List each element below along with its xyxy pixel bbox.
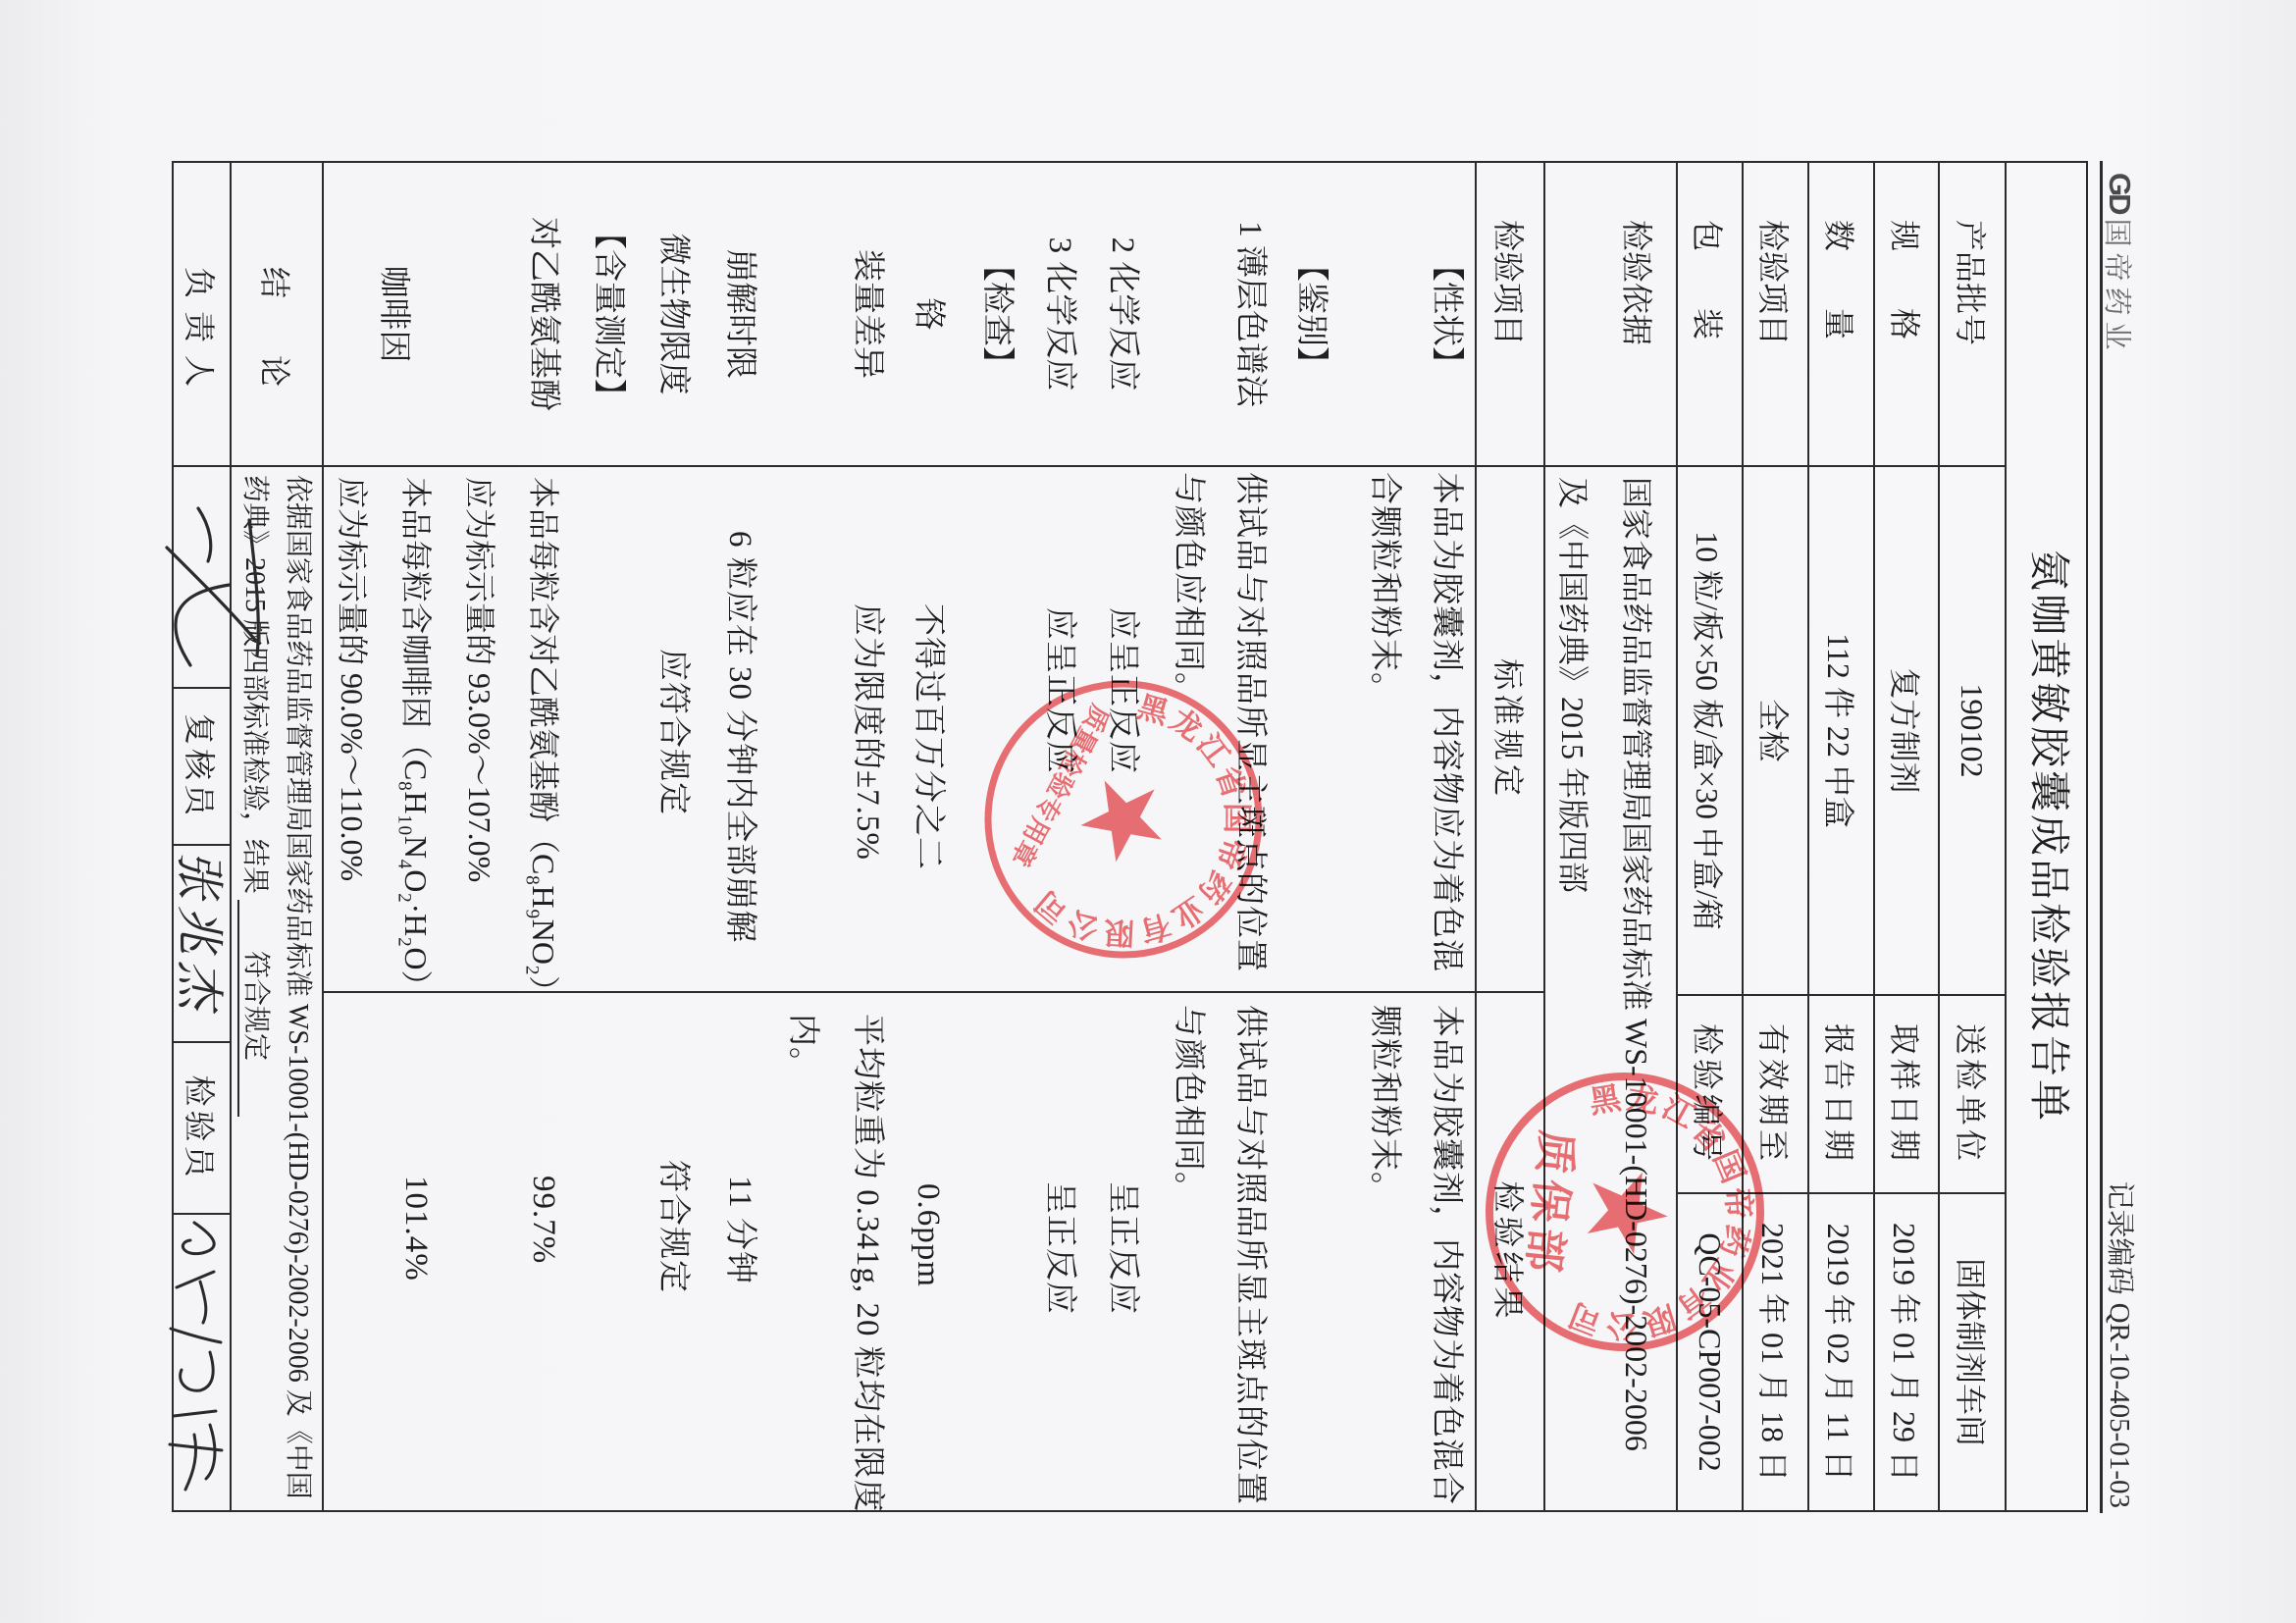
label-cell: 检验项目 bbox=[1744, 163, 1807, 465]
test-item: 咖啡因 bbox=[374, 163, 413, 465]
report-date-value: 2019 年 02 月 11 日 bbox=[1809, 1192, 1873, 1510]
company-name: 国帝药业 bbox=[2100, 219, 2140, 356]
test-item: 微生物限度 bbox=[653, 163, 693, 465]
record-code-value: QR-10-405-01-03 bbox=[2104, 1303, 2135, 1508]
report-title: 氨咖黄敏胶囊成品检验报告单 bbox=[2007, 163, 2086, 1510]
result-text: 本品为胶囊剂，内容物为着色混合 bbox=[1427, 1005, 1466, 1505]
standard-column: 本品为胶囊剂，内容物应为着色混 合颗粒和粉末。 供试品与对照品所显主斑点的位置 … bbox=[324, 465, 1475, 991]
record-code: 记录编码QR-10-405-01-03 bbox=[2103, 1040, 2136, 1508]
result-text: 平均粒重为 0.341g, 20 粒均在限度 bbox=[848, 1014, 887, 1513]
record-code-label: 记录编码 bbox=[2104, 1181, 2135, 1295]
standard-text: 本品每粒含咖啡因（C₈H₁₀N₄O₂·H₂O） bbox=[396, 477, 436, 1002]
result-text: 11 分钟 bbox=[720, 1176, 759, 1284]
report-date-label: 报告日期 bbox=[1809, 994, 1873, 1192]
test-item: 对乙酰氨基酚 bbox=[524, 163, 563, 465]
standard-text: 应为标示量的 93.0%～107.0% bbox=[460, 477, 499, 882]
test-basis-line: 及《中国药典》2015 年版四部 bbox=[1553, 477, 1592, 893]
test-scope-value: 全检 bbox=[1744, 465, 1807, 994]
test-scope-label: 检验项目 bbox=[1753, 220, 1799, 340]
test-item: 3 化学反应 bbox=[1040, 163, 1079, 465]
results-body: 【性状】 【鉴别】 1 薄层色谱法 2 化学反应 3 化学反应 【检查】 铬 装… bbox=[324, 163, 1477, 1510]
spec-label: 规 格 bbox=[1884, 220, 1929, 340]
header-cell: 检验项目 bbox=[1477, 163, 1543, 465]
result-text: 供试品与对照品所显主斑点的位置 bbox=[1230, 1005, 1270, 1505]
inspector-label: 检验员 bbox=[174, 1041, 230, 1213]
conclusion-line: 依据国家食品药品监督管理局国家药品标准 WS-10001-(HD-0276)-2… bbox=[281, 475, 314, 1499]
packaging-value: 10 粒/板×50 板/盒×30 中盒/箱 bbox=[1678, 465, 1742, 994]
label-cell: 检验依据 bbox=[1545, 163, 1676, 465]
result-text: 呈正反应 bbox=[1040, 1181, 1079, 1315]
result-text: 0.6ppm bbox=[909, 1183, 948, 1287]
signature-inspector bbox=[162, 1213, 235, 1507]
standard-text: 本品每粒含对乙酰氨基酚（C₈H₉NO₂） bbox=[524, 477, 563, 1007]
info-row-batch: 产品批号 190102 送检单位 固体制剂车间 bbox=[1940, 163, 2007, 1510]
seal-inner-text: 质量检验专用章 bbox=[1005, 700, 1116, 871]
header-standard: 标准规定 bbox=[1477, 465, 1543, 991]
standard-text: 本品为胶囊剂，内容物应为着色混 bbox=[1427, 472, 1466, 972]
standard-text: 不得过百万分之二 bbox=[909, 603, 948, 870]
submitting-unit-value: 固体制剂车间 bbox=[1940, 1192, 2005, 1510]
test-item: 2 化学反应 bbox=[1103, 163, 1142, 465]
logo-mark: GD bbox=[2102, 173, 2137, 213]
section-heading: 【性状】 bbox=[1427, 163, 1466, 465]
standard-text: 合颗粒和粉末。 bbox=[1365, 472, 1404, 706]
test-item: 崩解时限 bbox=[720, 163, 759, 465]
standard-text: 与颜色应相同。 bbox=[1169, 472, 1208, 706]
result-text: 呈正反应 bbox=[1103, 1181, 1142, 1315]
test-item-column: 【性状】 【鉴别】 1 薄层色谱法 2 化学反应 3 化学反应 【检查】 铬 装… bbox=[324, 163, 1475, 465]
standard-text: 6 粒应在 30 分钟内全部崩解 bbox=[720, 531, 759, 943]
result-column: 本品为胶囊剂，内容物为着色混合 颗粒和粉末。 供试品与对照品所显主斑点的位置 与… bbox=[324, 991, 1475, 1510]
sampling-date-label: 取样日期 bbox=[1875, 994, 1938, 1192]
submitting-unit-label: 送检单位 bbox=[1940, 994, 2005, 1192]
result-text: 101.4% bbox=[396, 1176, 436, 1282]
quantity-value: 112 件 22 中盒 bbox=[1809, 465, 1873, 994]
test-item: 装量差异 bbox=[848, 163, 887, 465]
section-heading: 【含量测定】 bbox=[589, 163, 628, 465]
label-cell: 规 格 bbox=[1875, 163, 1938, 465]
reviewer-label: 复核员 bbox=[174, 687, 230, 844]
standard-text: 应为标示量的 90.0%～110.0% bbox=[333, 477, 372, 881]
quantity-label: 数 量 bbox=[1819, 220, 1864, 340]
header-rule bbox=[2100, 161, 2103, 1513]
inspection-report-document: GD 国帝药业 记录编码QR-10-405-01-03 氨咖黄敏胶囊成品检验报告… bbox=[0, 0, 2296, 1623]
spec-value: 复方制剂 bbox=[1875, 465, 1938, 994]
header-test-item: 检验项目 bbox=[1487, 220, 1533, 340]
seal-star-icon bbox=[1586, 1168, 1672, 1258]
label-cell: 数 量 bbox=[1809, 163, 1873, 465]
section-heading: 【鉴别】 bbox=[1291, 163, 1331, 465]
sampling-date-value: 2019 年 01 月 29 日 bbox=[1875, 1192, 1938, 1510]
title-row: 氨咖黄敏胶囊成品检验报告单 bbox=[2007, 163, 2086, 1510]
signature-responsible-person bbox=[160, 491, 273, 677]
test-item: 1 薄层色谱法 bbox=[1230, 163, 1270, 465]
label-cell: 负责人 bbox=[174, 163, 230, 465]
seal-inner-text: 质保部 bbox=[1517, 1128, 1582, 1281]
result-text: 颗粒和粉末。 bbox=[1365, 1005, 1404, 1205]
info-row-quantity: 数 量 112 件 22 中盒 报告日期 2019 年 02 月 11 日 bbox=[1809, 163, 1875, 1510]
signature-reviewer: 张兆杰 bbox=[155, 856, 243, 1052]
result-text: 与颜色相同。 bbox=[1169, 1005, 1208, 1205]
scanned-page: GD 国帝药业 记录编码QR-10-405-01-03 氨咖黄敏胶囊成品检验报告… bbox=[0, 0, 2296, 1623]
packaging-label: 包 装 bbox=[1688, 220, 1733, 340]
batch-number-label: 产品批号 bbox=[1950, 220, 1995, 340]
label-cell: 产品批号 bbox=[1940, 163, 2005, 465]
result-text: 符合规定 bbox=[653, 1160, 693, 1293]
seal-star-icon bbox=[1073, 766, 1181, 875]
test-basis-label: 检验依据 bbox=[1617, 220, 1656, 340]
qa-department-seal: 黑龙江省国帝药业有限公司 质保部 bbox=[1463, 1050, 1787, 1374]
test-item: 铬 bbox=[909, 163, 948, 465]
conclusion-label: 结 论 bbox=[254, 267, 299, 387]
info-row-spec: 规 格 复方制剂 取样日期 2019 年 01 月 29 日 bbox=[1875, 163, 1940, 1510]
result-text: 99.7% bbox=[524, 1176, 563, 1264]
section-heading: 【检查】 bbox=[977, 163, 1017, 465]
company-logo: GD 国帝药业 bbox=[2103, 173, 2136, 356]
conclusion-row: 结 论 依据国家食品药品监督管理局国家药品标准 WS-10001-(HD-027… bbox=[232, 163, 324, 1510]
label-cell: 结 论 bbox=[232, 163, 322, 465]
standard-text: 应为限度的±7.5% bbox=[848, 603, 887, 861]
label-cell: 包 装 bbox=[1678, 163, 1742, 465]
responsible-person-label: 负责人 bbox=[180, 267, 225, 387]
batch-number-value: 190102 bbox=[1940, 465, 2005, 994]
result-text: 内。 bbox=[783, 1014, 822, 1080]
standard-text: 应符合规定 bbox=[653, 649, 693, 815]
reviewer-signature-text: 张兆杰 bbox=[171, 848, 228, 1024]
